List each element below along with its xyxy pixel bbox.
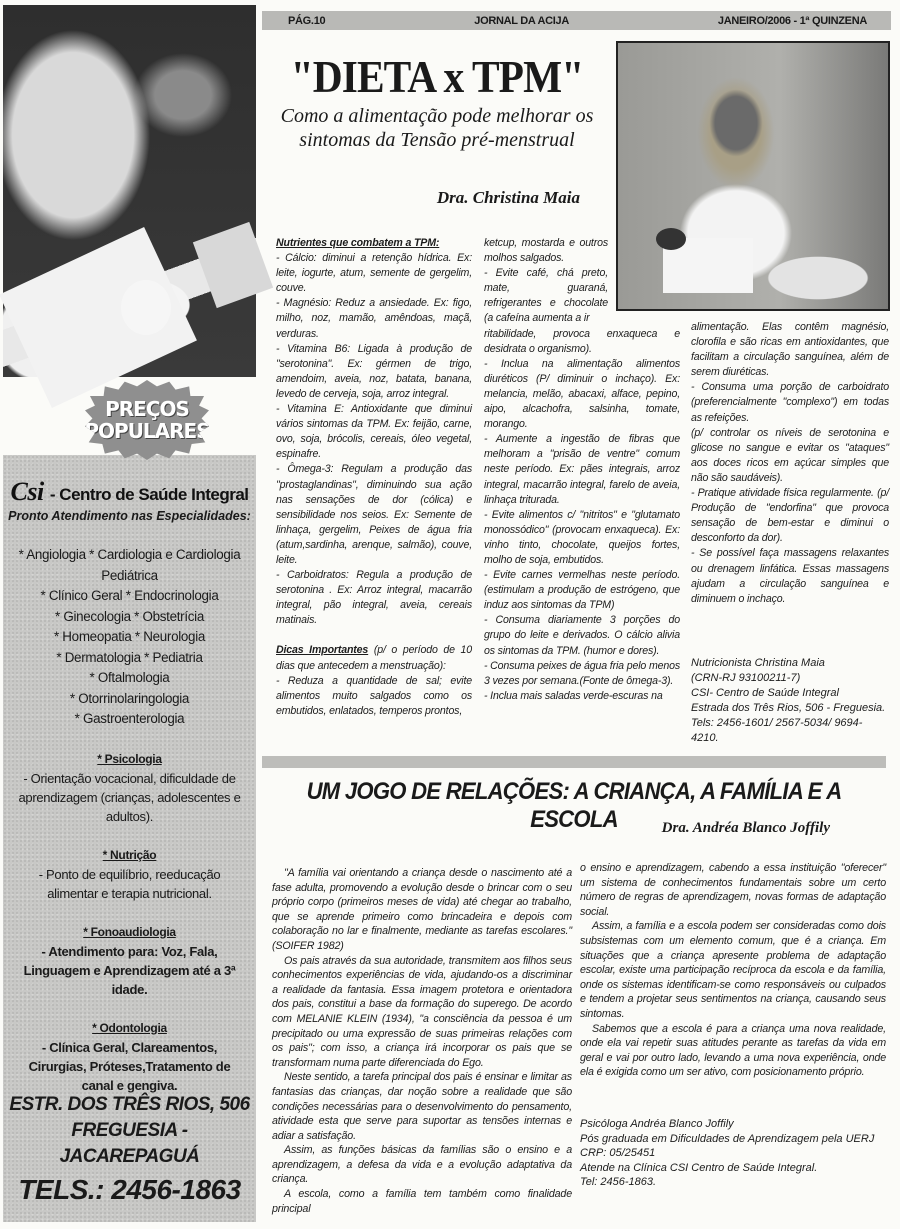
signature-line: Psicóloga Andréa Blanco Joffily — [580, 1117, 880, 1132]
address-line-1: ESTR. DOS TRÊS RIOS, 506 — [3, 1092, 256, 1118]
signature-line: Pós graduada em Dificuldades de Aprendiz… — [580, 1132, 880, 1147]
tips-heading-line: Dicas Importantes (p/ o período de 10 di… — [276, 643, 472, 673]
article1-author: Dra. Christina Maia — [400, 188, 580, 208]
specialties-list: * Angiologia * Cardiologia e Cardiologia… — [3, 545, 256, 730]
paragraph: "A família vai orientando a criança desd… — [272, 866, 572, 954]
tip-item: - Aumente a ingestão de fibras que melho… — [484, 432, 680, 507]
csi-heading: Csi - Centro de Saúde Integral — [3, 477, 256, 507]
article1-column-1: Nutrientes que combatem a TPM: - Cálcio:… — [276, 236, 472, 719]
section-text: - Clínica Geral, Clareamentos, Cirurgias… — [13, 1038, 246, 1095]
section-title: * Psicologia — [13, 750, 246, 769]
tip-item: - Evite carnes vermelhas neste período. … — [484, 568, 680, 613]
tip-item: - Se possível faça massagens relaxantes … — [691, 546, 889, 606]
specialty-line: * Angiologia * Cardiologia e Cardiologia — [3, 545, 256, 566]
tip-item: - Consuma peixes de água fria pelo menos… — [484, 659, 680, 689]
section-text: - Ponto de equilíbrio, reeducação alimen… — [13, 865, 246, 903]
article1-subtitle: Como a alimentação pode melhorar os sint… — [262, 104, 612, 152]
paragraph: Assim, as funções básicas da famílias sã… — [272, 1143, 572, 1187]
specialty-line: * Clínico Geral * Endocrinologia — [3, 586, 256, 607]
signature-line: CSI- Centro de Saúde Integral — [691, 686, 889, 701]
nutrient-item: - Carboidratos: Regula a produção de ser… — [276, 568, 472, 628]
specialty-line: * Oftalmologia — [3, 668, 256, 689]
section-text: - Orientação vocacional, dificuldade de … — [13, 769, 246, 826]
specialty-line: * Gastroenterologia — [3, 709, 256, 730]
csi-advertisement: Csi - Centro de Saúde Integral Pronto At… — [3, 5, 256, 1222]
nutrient-item: - Vitamina E: Antioxidante que diminui v… — [276, 402, 472, 462]
tip-item: - Inclua na alimentação alimentos diurét… — [484, 357, 680, 432]
article1-column-2: ketcup, mostarda e outros molhos salgado… — [484, 236, 680, 704]
article2-author: Dra. Andréa Blanco Joffily — [560, 820, 830, 837]
page-number: PÁG.10 — [288, 15, 325, 27]
photo-doctor-at-desk — [3, 5, 256, 377]
nutrients-heading: Nutrientes que combatem a TPM: — [276, 236, 472, 251]
section-divider — [262, 756, 886, 768]
paragraph: Sabemos que a escola é para a criança um… — [580, 1022, 886, 1080]
tip-item: - Evite café, chá preto, mate, guaraná, … — [484, 266, 608, 326]
tip-item: - Evite alimentos c/ "nitritos" e "gluta… — [484, 508, 680, 568]
nutrient-item: - Ômega-3: Regulam a produção das "prost… — [276, 462, 472, 568]
tip-item: - Pratique atividade física regularmente… — [691, 486, 889, 546]
specialty-line: * Ginecologia * Obstetrícia — [3, 607, 256, 628]
section-text: - Atendimento para: Voz, Fala, Linguagem… — [13, 942, 246, 999]
ad-box: Csi - Centro de Saúde Integral Pronto At… — [3, 455, 256, 1222]
tip-item: alimentação. Elas contêm magnésio, cloro… — [691, 320, 889, 380]
article2-column-2: o ensino e aprendizagem, cabendo a essa … — [580, 861, 886, 1080]
section-title: * Odontologia — [13, 1019, 246, 1038]
signature-line: Tels: 2456-1601/ 2567-5034/ 9694-4210. — [691, 716, 889, 746]
paragraph: o ensino e aprendizagem, cabendo a essa … — [580, 861, 886, 919]
precos-populares-badge: PREÇOS POPULARES — [85, 380, 209, 460]
nutrient-item: - Vitamina B6: Ligada à produção de "ser… — [276, 342, 472, 402]
specialty-line: Pediátrica — [3, 566, 256, 587]
photo-mouse-shape — [121, 280, 171, 335]
paragraph: Os pais através da sua autoridade, trans… — [272, 954, 572, 1071]
article1-column-3: alimentação. Elas contêm magnésio, cloro… — [691, 320, 889, 607]
section-odontologia: * Odontologia - Clínica Geral, Clareamen… — [3, 1019, 256, 1095]
article1-signature: Nutricionista Christina Maia (CRN-RJ 931… — [691, 656, 889, 746]
section-nutricao: * Nutrição - Ponto de equilíbrio, reeduc… — [3, 846, 256, 903]
signature-line: Tel: 2456-1863. — [580, 1175, 880, 1190]
signature-line: Nutricionista Christina Maia — [691, 656, 889, 671]
section-title: * Fonoaudiologia — [13, 923, 246, 942]
photo-keyboard-shape — [193, 222, 273, 308]
specialty-line: * Dermatologia * Pediatria — [3, 648, 256, 669]
section-psicologia: * Psicologia - Orientação vocacional, di… — [3, 750, 256, 826]
csi-subtitle: Pronto Atendimento nas Especialidades: — [3, 509, 256, 523]
tip-item: - Consuma diariamente 3 porções do grupo… — [484, 613, 680, 658]
article2-column-1: "A família vai orientando a criança desd… — [272, 866, 572, 1216]
page-header: PÁG.10 JORNAL DA ACIJA JANEIRO/2006 - 1ª… — [262, 11, 891, 30]
csi-title: - Centro de Saúde Integral — [50, 485, 249, 504]
nutrient-item: - Magnésio: Reduz a ansiedade. Ex: figo,… — [276, 296, 472, 341]
csi-logo: Csi — [10, 477, 43, 506]
journal-name: JORNAL DA ACIJA — [474, 15, 569, 27]
section-title: * Nutrição — [13, 846, 246, 865]
tip-item: (p/ controlar os níveis de serotonina e … — [691, 426, 889, 486]
badge-line-1: PREÇOS — [105, 398, 189, 420]
specialty-line: * Homeopatia * Neurologia — [3, 627, 256, 648]
tip-item-continued: ketcup, mostarda e outros molhos salgado… — [484, 236, 608, 266]
article2-signature: Psicóloga Andréa Blanco Joffily Pós grad… — [580, 1117, 880, 1190]
tips-heading: Dicas Importantes — [276, 644, 368, 656]
tip-item: - Reduza a quantidade de sal; evite alim… — [276, 674, 472, 719]
paragraph: Assim, a família e a escola podem ser co… — [580, 919, 886, 1021]
paragraph: A escola, como a família tem também como… — [272, 1187, 572, 1216]
article1-title: "DIETA x TPM" — [280, 50, 595, 103]
signature-line: CRP: 05/25451 — [580, 1146, 880, 1161]
issue-date: JANEIRO/2006 - 1ª QUINZENA — [718, 15, 867, 27]
ad-address: ESTR. DOS TRÊS RIOS, 506 FREGUESIA - JAC… — [3, 1092, 256, 1210]
badge-line-2: POPULARES — [84, 420, 209, 442]
signature-line: Estrada dos Três Rios, 506 - Freguesia. — [691, 701, 889, 716]
tip-item: - Consuma uma porção de carboidrato (pre… — [691, 380, 889, 425]
address-line-2: FREGUESIA - JACAREPAGUÁ — [3, 1118, 256, 1170]
phone-number: TELS.: 2456-1863 — [3, 1170, 256, 1210]
nutrient-item: - Cálcio: diminui a retenção hídrica. Ex… — [276, 251, 472, 296]
specialty-line: * Otorrinolaringologia — [3, 689, 256, 710]
tip-item: - Inclua mais saladas verde-escuras na — [484, 689, 680, 704]
tip-item-continued: ritabilidade, provoca enxaqueca e desidr… — [484, 327, 680, 357]
signature-line: (CRN-RJ 93100211-7) — [691, 671, 889, 686]
section-fonoaudiologia: * Fonoaudiologia - Atendimento para: Voz… — [3, 923, 256, 999]
paragraph: Neste sentido, a tarefa principal dos pa… — [272, 1070, 572, 1143]
signature-line: Atende na Clínica CSI Centro de Saúde In… — [580, 1161, 880, 1176]
